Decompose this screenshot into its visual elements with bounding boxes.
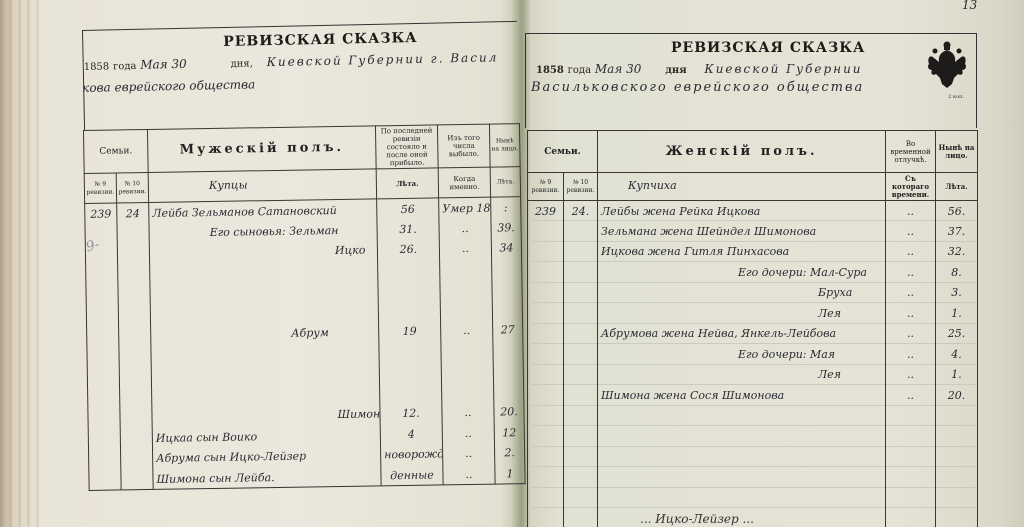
cell-absent: .. bbox=[886, 385, 936, 406]
left-page-title: РЕВИЗСКАЯ СКАЗКА bbox=[223, 30, 418, 50]
cell-n9 bbox=[528, 283, 564, 304]
cell-absent: .. bbox=[886, 283, 936, 304]
cell-n10 bbox=[564, 344, 598, 365]
right-header-date-line: 1858 года Мая 30 дня Киевской Губернии bbox=[536, 62, 863, 76]
cell-absent bbox=[886, 426, 936, 447]
cell-name: Лейбы жена Рейка Ицкова bbox=[598, 201, 886, 222]
right-page-title: РЕВИЗСКАЯ СКАЗКА bbox=[671, 40, 865, 56]
place: Киевской Губернии г. Васил bbox=[267, 50, 499, 69]
cell-present: 1. bbox=[936, 365, 978, 386]
cell-n10 bbox=[564, 283, 598, 304]
cell-n10 bbox=[564, 365, 598, 386]
cell-n9 bbox=[528, 221, 564, 242]
cell-n9 bbox=[528, 344, 564, 365]
cell-n9 bbox=[87, 326, 119, 347]
cell-prev-age: 19 bbox=[379, 321, 441, 342]
cell-prev-age: денные bbox=[381, 464, 443, 485]
table-row: Его дочери: Мал-Сура..8. bbox=[528, 262, 978, 283]
cell-prev-age: 4 bbox=[380, 423, 442, 444]
cell-n10 bbox=[118, 305, 150, 326]
cell-n10 bbox=[119, 325, 151, 346]
cell-prev-age: 26. bbox=[377, 239, 439, 260]
cell-n10: 24 bbox=[117, 202, 149, 223]
cell-n10 bbox=[564, 242, 598, 263]
cell-name bbox=[598, 488, 886, 509]
table-row: Бруха..3. bbox=[528, 283, 978, 304]
table-row: Лея..1. bbox=[528, 303, 978, 324]
cell-n10 bbox=[564, 508, 598, 527]
cell-dropped bbox=[441, 361, 493, 382]
cell-prev-age bbox=[378, 259, 440, 280]
cell-absent bbox=[886, 406, 936, 427]
cell-dropped bbox=[442, 382, 494, 403]
col-num-10: № 10 ревизии. bbox=[564, 173, 598, 201]
cell-n10 bbox=[564, 467, 598, 488]
cell-n9 bbox=[88, 387, 120, 408]
col-dropped-sub: Когда именно. bbox=[438, 167, 490, 198]
cell-n10: 24. bbox=[564, 201, 598, 222]
cell-name: Абрумова жена Нейва, Янкель-Лейбова bbox=[598, 324, 886, 345]
table-row: Ицкова жена Гитля Пинхасова..32. bbox=[528, 242, 978, 263]
col-num-10: № 10 ревизии. bbox=[116, 172, 148, 202]
cell-present: 34 bbox=[491, 238, 521, 259]
cell-present: 12 bbox=[494, 422, 524, 443]
cell-prev-age: 56 bbox=[377, 198, 439, 219]
day-label: дня, bbox=[230, 58, 253, 69]
cell-n9 bbox=[528, 447, 564, 468]
cell-prev-age bbox=[379, 362, 441, 383]
cell-dropped bbox=[440, 259, 492, 280]
cell-absent: .. bbox=[886, 344, 936, 365]
cell-present bbox=[936, 467, 978, 488]
cell-n10 bbox=[564, 303, 598, 324]
col-absent-sub: Съ котораго времени. bbox=[886, 173, 936, 201]
cell-n10 bbox=[564, 221, 598, 242]
cell-dropped: .. bbox=[441, 320, 493, 341]
cell-prev-age bbox=[378, 300, 440, 321]
place: Киевской Губернии bbox=[704, 62, 862, 76]
cell-present bbox=[494, 381, 524, 402]
cell-name: Его дочери: Мая bbox=[598, 344, 886, 365]
cell-present bbox=[936, 406, 978, 427]
cell-n10 bbox=[564, 447, 598, 468]
cell-absent bbox=[886, 488, 936, 509]
class-label: Купцы bbox=[148, 169, 376, 203]
cell-present bbox=[493, 340, 523, 361]
col-prev-revision: По последней ревизіи состояло и после он… bbox=[375, 125, 438, 169]
cell-dropped bbox=[440, 279, 492, 300]
cell-dropped: .. bbox=[442, 402, 494, 423]
cell-present: 20. bbox=[936, 385, 978, 406]
cell-n10 bbox=[118, 264, 150, 285]
cell-n9 bbox=[528, 324, 564, 345]
cell-prev-age: новорожд. bbox=[380, 444, 442, 465]
cell-n10 bbox=[564, 426, 598, 447]
table-row: Шимона жена Сося Шимонова..20. bbox=[528, 385, 978, 406]
cell-n10 bbox=[120, 387, 152, 408]
cell-absent bbox=[886, 447, 936, 468]
cell-n9: 239 bbox=[528, 201, 564, 222]
col-absent: Во временной отлучкѣ. bbox=[886, 131, 936, 173]
cell-n9 bbox=[528, 508, 564, 527]
class-label-text: Купцы bbox=[209, 178, 248, 192]
cell-name bbox=[598, 447, 886, 468]
col-prev-revision-sub: Лѣта. bbox=[376, 168, 438, 199]
cell-dropped: Умер 1854 bbox=[439, 197, 491, 218]
cell-n9 bbox=[528, 406, 564, 427]
cell-n10 bbox=[121, 469, 153, 490]
table-row: Зельмана жена Шейндел Шимонова..37. bbox=[528, 221, 978, 242]
cell-n9 bbox=[88, 408, 120, 429]
left-page-header: РЕВИЗСКАЯ СКАЗКА 1858 года Мая 30 дня, К… bbox=[82, 21, 519, 130]
double-headed-eagle-icon bbox=[924, 40, 970, 90]
cell-absent bbox=[886, 467, 936, 488]
left-header-date-line: 1858 года Мая 30 дня, Киевской Губернии … bbox=[84, 50, 499, 73]
cell-n9 bbox=[87, 346, 119, 367]
cell-absent: .. bbox=[886, 262, 936, 283]
year-suffix: года bbox=[568, 65, 591, 76]
cell-name: Лея bbox=[598, 303, 886, 324]
cell-absent bbox=[886, 508, 936, 527]
cell-name: Шимона жена Сося Шимонова bbox=[598, 385, 886, 406]
cell-dropped bbox=[441, 341, 493, 362]
cell-name bbox=[598, 406, 886, 427]
cell-n10 bbox=[119, 346, 151, 367]
male-rows: 23924Лейба Зельманов Сатановский56Умер 1… bbox=[85, 197, 525, 491]
cell-n10 bbox=[564, 324, 598, 345]
day-label: дня bbox=[665, 65, 686, 76]
cell-present: 1 bbox=[495, 463, 525, 484]
table-row bbox=[528, 406, 978, 427]
cell-present bbox=[936, 426, 978, 447]
cut-off-text: ... Ицко-Лейзер ... bbox=[640, 512, 754, 526]
col-section-female: Женскій полъ. bbox=[598, 131, 886, 173]
cell-n10 bbox=[564, 488, 598, 509]
cell-n10 bbox=[119, 366, 151, 387]
page-number: 13 bbox=[962, 0, 977, 12]
cell-n10 bbox=[121, 448, 153, 469]
page-edges bbox=[0, 0, 40, 527]
cell-present: 37. bbox=[936, 221, 978, 242]
cell-n9 bbox=[528, 242, 564, 263]
col-family: Семьи. bbox=[84, 129, 149, 173]
cell-absent: .. bbox=[886, 303, 936, 324]
cell-n9 bbox=[528, 426, 564, 447]
cell-present bbox=[492, 258, 522, 279]
cell-present: 3. bbox=[936, 283, 978, 304]
cell-present bbox=[492, 299, 522, 320]
col-section-male: Мужескій полъ. bbox=[148, 126, 377, 173]
female-rows: 23924.Лейбы жена Рейка Ицкова..56.Зельма… bbox=[528, 201, 978, 527]
cell-present bbox=[492, 279, 522, 300]
cell-present: 1. bbox=[936, 303, 978, 324]
cell-n10 bbox=[564, 406, 598, 427]
cell-present bbox=[493, 361, 523, 382]
cell-present bbox=[936, 508, 978, 527]
cell-n9 bbox=[528, 262, 564, 283]
right-header-society: Васильковского еврейского общества bbox=[531, 80, 864, 95]
cell-n10 bbox=[120, 428, 152, 449]
cell-n10 bbox=[117, 243, 149, 264]
month-day: Мая 30 bbox=[140, 57, 187, 72]
cell-n9 bbox=[86, 264, 118, 285]
cell-n9 bbox=[528, 365, 564, 386]
col-num-9: № 9 ревизии. bbox=[84, 173, 116, 203]
cell-present: 25. bbox=[936, 324, 978, 345]
female-register-table: Семьи. Женскій полъ. Во временной отлучк… bbox=[527, 130, 978, 527]
cell-absent: .. bbox=[886, 242, 936, 263]
class-label: Купчиха bbox=[598, 173, 886, 201]
year-suffix: года bbox=[113, 61, 137, 72]
cell-n9 bbox=[528, 385, 564, 406]
cell-present: : bbox=[491, 197, 521, 218]
cell-n9 bbox=[87, 367, 119, 388]
class-label-text: Купчиха bbox=[628, 179, 677, 192]
cell-absent: .. bbox=[886, 324, 936, 345]
table-row: Его дочери: Мая..4. bbox=[528, 344, 978, 365]
table-row: Лея..1. bbox=[528, 365, 978, 386]
left-header-society: кова еврейского общества bbox=[82, 77, 255, 95]
cell-present bbox=[936, 447, 978, 468]
cell-present: 20. bbox=[494, 402, 524, 423]
cell-present: 27 bbox=[493, 320, 523, 341]
cell-name: Его дочери: Мал-Сура bbox=[598, 262, 886, 283]
cell-prev-age: 31. bbox=[377, 218, 439, 239]
cell-name: Лея bbox=[598, 365, 886, 386]
cell-prev-age bbox=[379, 341, 441, 362]
cell-absent: .. bbox=[886, 201, 936, 222]
table-row: 23924.Лейбы жена Рейка Ицкова..56. bbox=[528, 201, 978, 222]
book-spread: 13 РЕВИЗСКАЯ СКАЗКА 1858 года Мая 30 дня… bbox=[0, 0, 1024, 527]
cell-n9 bbox=[528, 488, 564, 509]
table-row bbox=[528, 467, 978, 488]
cell-n10 bbox=[564, 262, 598, 283]
cell-prev-age bbox=[380, 382, 442, 403]
cell-n9 bbox=[86, 285, 118, 306]
col-present-sub: Лѣта. bbox=[490, 167, 520, 197]
table-row bbox=[528, 426, 978, 447]
cell-present: 2. bbox=[494, 443, 524, 464]
year: 1858 bbox=[536, 65, 564, 76]
cell-prev-age: 12. bbox=[380, 403, 442, 424]
cell-n10 bbox=[118, 284, 150, 305]
cell-n10 bbox=[117, 223, 149, 244]
cell-n9 bbox=[86, 305, 118, 326]
cell-present bbox=[936, 488, 978, 509]
cell-dropped: .. bbox=[442, 443, 494, 464]
cell-name: Зельмана жена Шейндел Шимонова bbox=[598, 221, 886, 242]
cell-present: 32. bbox=[936, 242, 978, 263]
col-present: Нынѣ на лицо. bbox=[936, 131, 978, 173]
cell-dropped: .. bbox=[443, 464, 495, 485]
cell-present: 8. bbox=[936, 262, 978, 283]
cell-n10 bbox=[564, 385, 598, 406]
cell-name: Бруха bbox=[598, 283, 886, 304]
cell-present: 56. bbox=[936, 201, 978, 222]
cell-present: 4. bbox=[936, 344, 978, 365]
cell-dropped: .. bbox=[439, 218, 491, 239]
cell-n10 bbox=[120, 407, 152, 428]
cell-dropped: .. bbox=[439, 238, 491, 259]
table-row: Абрумова жена Нейва, Янкель-Лейбова..25. bbox=[528, 324, 978, 345]
cell-dropped bbox=[440, 300, 492, 321]
cell-name: Ицкова жена Гитля Пинхасова bbox=[598, 242, 886, 263]
cell-name bbox=[598, 426, 886, 447]
cell-name: Шимона сын Лейба. bbox=[153, 465, 381, 489]
cell-n9: 239 bbox=[85, 203, 117, 224]
male-register-table: Семьи. Мужескій полъ. По последней ревиз… bbox=[83, 123, 526, 491]
col-present: Нынѣ на лицо. bbox=[489, 124, 520, 167]
cell-prev-age bbox=[378, 280, 440, 301]
month-day: Мая 30 bbox=[595, 62, 641, 76]
right-page-header: РЕВИЗСКАЯ СКАЗКА 1858 года Мая 30 дня Ки… bbox=[525, 33, 977, 128]
col-num-9: № 9 ревизии. bbox=[528, 173, 564, 201]
table-row bbox=[528, 447, 978, 468]
cell-n9 bbox=[528, 303, 564, 324]
cell-absent: .. bbox=[886, 365, 936, 386]
cell-n9 bbox=[89, 449, 121, 470]
year: 1858 bbox=[84, 61, 110, 73]
cell-name bbox=[598, 467, 886, 488]
stamp-label: 2 коп. bbox=[948, 94, 964, 100]
cell-absent: .. bbox=[886, 221, 936, 242]
cell-n9 bbox=[528, 467, 564, 488]
cell-n9 bbox=[89, 469, 121, 490]
col-dropped: Изъ того числа выбыло. bbox=[437, 124, 490, 168]
cell-dropped: .. bbox=[442, 423, 494, 444]
col-family: Семьи. bbox=[528, 131, 598, 173]
cell-n9 bbox=[88, 428, 120, 449]
table-row bbox=[528, 488, 978, 509]
cell-present: 39. bbox=[491, 217, 521, 238]
col-present-sub: Лѣта. bbox=[936, 173, 978, 201]
